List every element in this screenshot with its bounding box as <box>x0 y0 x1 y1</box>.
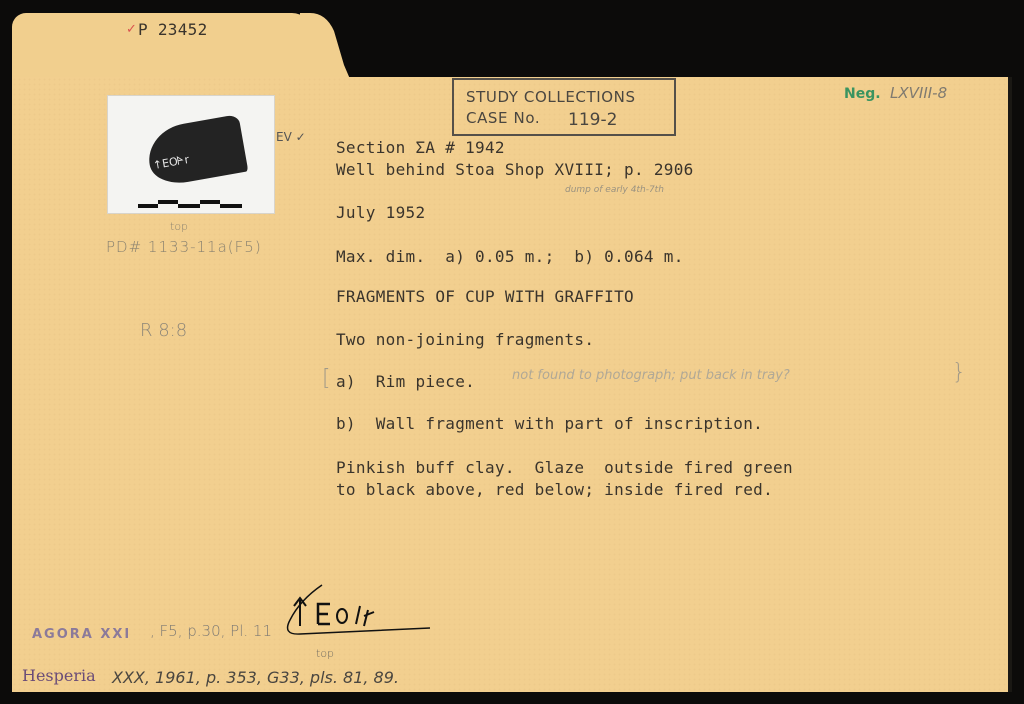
bracket-right: } <box>952 360 966 385</box>
rim-note: not found to photograph; put back in tra… <box>512 368 790 383</box>
study-collections-stamp: STUDY COLLECTIONS CASE No. 119-2 <box>452 78 676 136</box>
ev-check-mark: EV ✓ <box>276 130 306 144</box>
red-check-icon: ✓ <box>126 22 137 37</box>
graffito-drawing <box>270 580 440 650</box>
negative-number: LXVIII-8 <box>890 84 947 102</box>
sherd-image <box>144 114 249 188</box>
agora-stamp: AGORA XXI <box>32 627 131 642</box>
object-title: FRAGMENTS OF CUP WITH GRAFFITO <box>336 287 634 306</box>
r-note: R 8:8 <box>140 320 187 341</box>
hesperia-reference: XXX, 1961, p. 353, G33, pls. 81, 89. <box>112 668 399 687</box>
sherd-photo: ↑EO𐊀r <box>107 95 275 214</box>
catalog-number: P 23452 <box>138 20 208 39</box>
wall-fragment-line: b) Wall fragment with part of inscriptio… <box>336 414 763 433</box>
date-line: July 1952 <box>336 203 425 222</box>
bracket-left: [ <box>322 366 331 391</box>
scale-bar <box>138 200 242 208</box>
fragments-line: Two non-joining fragments. <box>336 330 594 349</box>
stamp-title: STUDY COLLECTIONS <box>466 88 636 106</box>
photo-top-caption: top <box>170 220 188 233</box>
agora-reference: , F5, p.30, Pl. 11 <box>150 622 272 640</box>
section-line: Section ΣA # 1942 <box>336 138 505 157</box>
location-line: Well behind Stoa Shop XVIII; p. 2906 <box>336 160 694 179</box>
stamp-case-value: 119-2 <box>568 110 617 130</box>
pd-number: PD# 1133-11a(F5) <box>106 238 262 256</box>
description-line-2: to black above, red below; inside fired … <box>336 480 773 499</box>
card-right-shadow <box>1008 77 1012 692</box>
hesperia-stamp: Hesperia <box>22 666 96 685</box>
negative-label: Neg. <box>844 86 881 102</box>
rim-piece-line: a) Rim piece. <box>336 372 475 391</box>
dimensions-line: Max. dim. a) 0.05 m.; b) 0.064 m. <box>336 247 684 266</box>
dump-note: dump of early 4th-7th <box>565 185 664 195</box>
description-line-1: Pinkish buff clay. Glaze outside fired g… <box>336 458 793 477</box>
stamp-case-label: CASE No. <box>466 109 540 127</box>
graffito-top-caption: top <box>316 647 334 660</box>
